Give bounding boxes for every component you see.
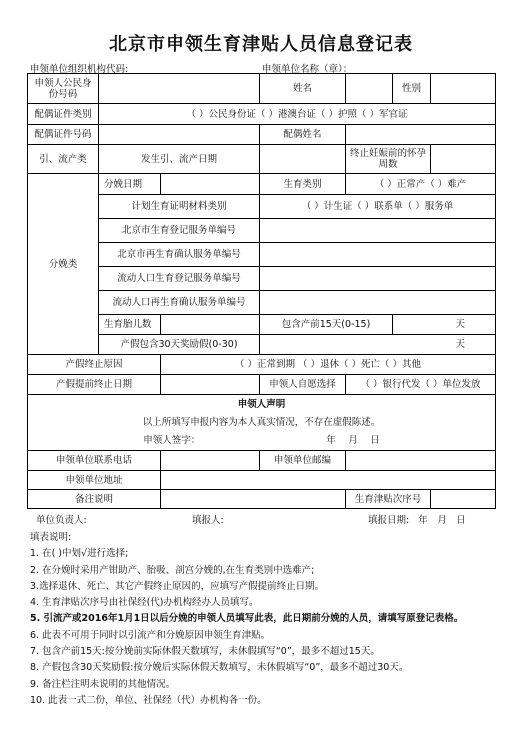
bj-reg-label: 北京市生育登记服务单编号	[99, 219, 260, 243]
leave-end-reason-label: 产假终止原因	[28, 355, 161, 375]
declaration-title: 申领人声明	[30, 396, 493, 414]
unit-head-label: 单位负责人:	[36, 512, 87, 526]
filler-label: 填报人:	[192, 512, 224, 526]
subsidy-seq-field[interactable]	[431, 490, 496, 509]
float-re-label: 流动人口再生育确认服务单编号	[99, 291, 260, 315]
fill-date: 填报日期: 年 月 日	[368, 512, 466, 526]
float-reg-label: 流动人口生育登记服务单编号	[99, 267, 260, 291]
fill-date-label: 填报日期:	[368, 515, 409, 526]
instructions: 填表说明: 1. 在( )中划√进行选择; 2. 在分娩时采用产钳助产、胎吸、剖…	[30, 530, 510, 709]
applicant-choice-label: 申领人自愿选择	[260, 375, 346, 395]
fetus-count-field[interactable]	[161, 315, 260, 335]
delivery-date-label: 分娩日期	[99, 174, 161, 195]
sex-label: 性别	[393, 74, 431, 104]
declaration-cell: 申领人声明 以上所填写申报内容为本人真实情况，不存在虚假陈述。 申领人签字： 年…	[28, 395, 496, 451]
leave-early-end-field[interactable]	[161, 375, 260, 395]
instruction-item: 6. 此表不可用于同时以引流产和分娩原因申领生育津贴。	[30, 628, 510, 644]
prenatal-field[interactable]: 天	[393, 315, 496, 335]
instruction-item: 4. 生育津贴次序号由社保经(代)办机构经办人员填写。	[30, 595, 510, 611]
prenatal-label: 包含产前15天(0-15)	[260, 315, 393, 335]
instructions-title: 填表说明:	[30, 530, 510, 546]
signature-date: 年 月 日	[326, 435, 380, 446]
unit-zip-label: 申领单位邮编	[260, 451, 346, 471]
instruction-item: 8. 产假包含30天奖励假:按分娩后实际休假天数填写，未休假填写“0”，最多不超…	[30, 660, 510, 676]
leave-end-reason-options[interactable]: （ ）正常到期 （ ）退休（ ）死亡（ ）其他	[161, 355, 496, 375]
sex-field[interactable]	[431, 74, 496, 104]
pregnancy-weeks-label: 终止妊娠前的怀孕周数	[346, 145, 431, 174]
remarks-label: 备注说明	[28, 490, 161, 509]
signature-label: 申领人签字：	[143, 432, 323, 450]
instruction-item: 1. 在( )中划√进行选择;	[30, 546, 510, 562]
pregnancy-weeks-field[interactable]	[431, 145, 496, 174]
abortion-date-label: 发生引、流产日期	[99, 145, 260, 174]
declaration-text: 以上所填写申报内容为本人真实情况，不存在虚假陈述。	[30, 414, 493, 432]
spouse-name-field[interactable]	[346, 125, 496, 145]
birth-type-label: 生育类别	[260, 174, 346, 195]
instruction-item: 10. 此表一式二份，单位、社保经（代）办机构各一份。	[30, 693, 510, 709]
fetus-count-label: 生育胎儿数	[99, 315, 161, 335]
unit-phone-label: 申领单位联系电话	[28, 451, 161, 471]
name-field[interactable]	[346, 74, 393, 104]
unit-phone-field[interactable]	[161, 451, 260, 471]
instruction-item: 3.选择退休、死亡、其它产假终止原因的，应填写产假提前终止日期。	[30, 579, 510, 595]
id-label: 申领人公民身份号码	[28, 74, 99, 104]
bj-re-field[interactable]	[260, 243, 496, 267]
unit-address-field[interactable]	[161, 471, 496, 490]
bonus-leave-field[interactable]: 天	[260, 335, 496, 355]
plan-cert-label: 计划生育证明材料类别	[99, 195, 260, 219]
spouse-name-label: 配偶姓名	[260, 125, 346, 145]
leave-early-end-label: 产假提前终止日期	[28, 375, 161, 395]
bonus-leave-label: 产假包含30天奖励假(0-30)	[99, 335, 260, 355]
delivery-label: 分娩类	[28, 174, 99, 355]
subsidy-seq-label: 生育津贴次序号	[346, 490, 431, 509]
instruction-item-important: 5. 引流产或2016年1月1日以后分娩的申领人员填写此表，此日期前分娩的人员，…	[30, 611, 510, 627]
signature-line: 申领人签字： 年 月 日	[30, 432, 493, 450]
abortion-label: 引、流产类	[28, 145, 99, 174]
birth-type-options[interactable]: （ ）正常产（ ）难产	[346, 174, 496, 195]
spouse-id-type-options[interactable]: （ ）公民身份证（ ）港澳台证（ ）护照（ ）军官证	[99, 104, 496, 125]
abortion-date-field[interactable]	[260, 145, 346, 174]
instruction-item: 9. 备注栏注明未说明的其他情况。	[30, 677, 510, 693]
instruction-item: 7. 包含产前15天:按分娩前实际休假天数填写，未休假填写“0”，最多不超过15…	[30, 644, 510, 660]
float-reg-field[interactable]	[260, 267, 496, 291]
spouse-id-no-label: 配偶证件号码	[28, 125, 99, 145]
bj-re-label: 北京市再生育确认服务单编号	[99, 243, 260, 267]
bj-reg-field[interactable]	[260, 219, 496, 243]
instruction-item: 2. 在分娩时采用产钳助产、胎吸、剖宫分娩的,在生育类别中选难产;	[30, 563, 510, 579]
unit-address-label: 申领单位地址	[28, 471, 161, 490]
remarks-field[interactable]	[161, 490, 346, 509]
applicant-choice-options[interactable]: （ ）银行代发（ ）单位发放	[346, 375, 496, 395]
unit-zip-field[interactable]	[346, 451, 496, 471]
spouse-id-type-label: 配偶证件类别	[28, 104, 99, 125]
name-label: 姓名	[260, 74, 346, 104]
fill-date-value: 年 月 日	[418, 515, 466, 526]
float-re-field[interactable]	[260, 291, 496, 315]
id-field[interactable]	[99, 74, 260, 104]
plan-cert-options[interactable]: （ ）计生证（ ）联系单（ ）服务单	[260, 195, 496, 219]
spouse-id-no-field[interactable]	[99, 125, 260, 145]
delivery-date-field[interactable]	[161, 174, 260, 195]
registration-table: 申领人公民身份号码 姓名 性别 配偶证件类别 （ ）公民身份证（ ）港澳台证（ …	[27, 73, 496, 509]
form-title: 北京市申领生育津贴人员信息登记表	[0, 30, 522, 56]
